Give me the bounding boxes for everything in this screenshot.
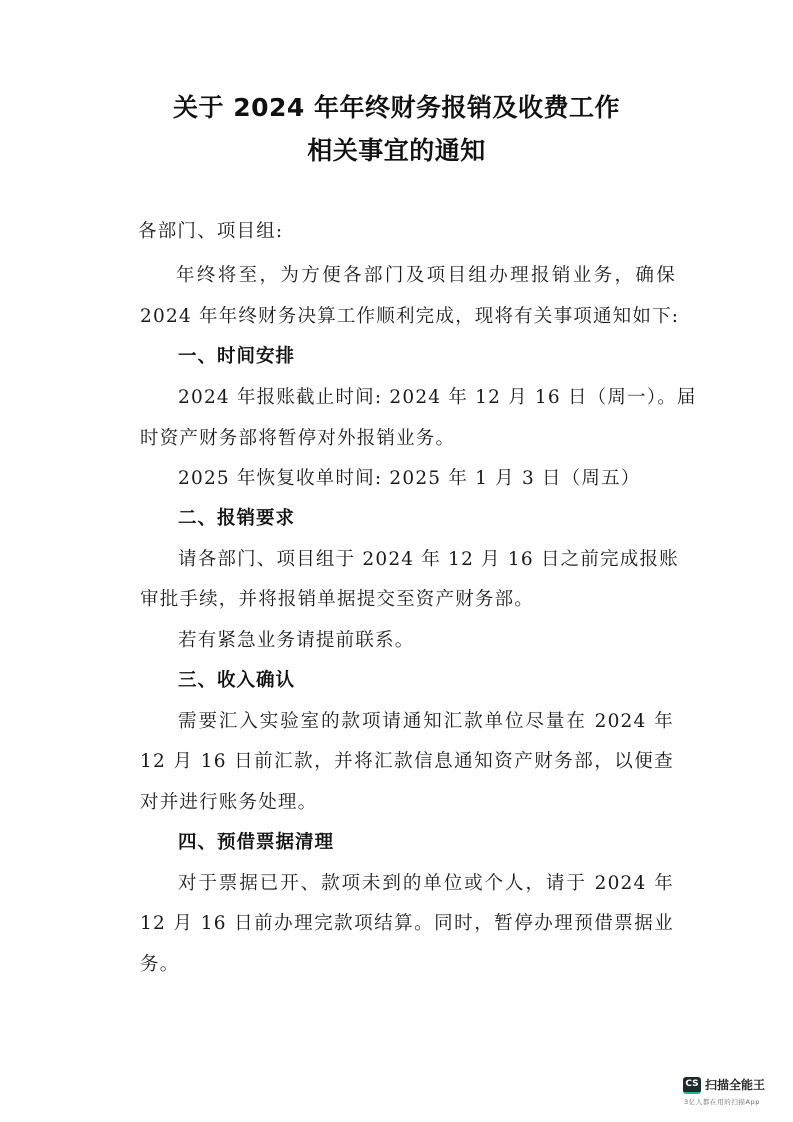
section-3-line-3: 对并进行账务处理。 — [140, 788, 317, 814]
section-heading-income: 三、收入确认 — [178, 666, 295, 692]
section-3-line-1: 需要汇入实验室的款项请通知汇款单位尽量在 2024 年 — [178, 707, 674, 733]
section-heading-invoice-cleanup: 四、预借票据清理 — [178, 828, 334, 854]
section-2-line-2: 审批手续，并将报销单据提交至资产财务部。 — [140, 585, 534, 611]
section-1-line-1: 2024 年报账截止时间: 2024 年 12 月 16 日（周一）。届 — [178, 383, 674, 409]
salutation: 各部门、项目组: — [138, 217, 283, 243]
section-1-line-3: 2025 年恢复收单时间: 2025 年 1 月 3 日（周五） — [178, 464, 641, 490]
section-4-line-3: 务。 — [140, 950, 179, 976]
section-heading-reimbursement: 二、报销要求 — [178, 504, 295, 530]
intro-paragraph-line-1: 年终将至，为方便各部门及项目组办理报销业务，确保 — [176, 261, 676, 287]
section-4-line-1: 对于票据已开、款项未到的单位或个人，请于 2024 年 — [178, 869, 674, 895]
document-title-line-2: 相关事宜的通知 — [0, 131, 793, 167]
section-3-line-2: 12 月 16 日前汇款，并将汇款信息通知资产财务部，以便查 — [140, 747, 674, 773]
section-heading-schedule: 一、时间安排 — [178, 342, 295, 368]
document-title-line-1: 关于 2024 年年终财务报销及收费工作 — [0, 88, 793, 124]
section-4-line-2: 12 月 16 日前办理完款项结算。同时，暂停办理预借票据业 — [140, 909, 674, 935]
section-1-line-2: 时资产财务部将暂停对外报销业务。 — [140, 424, 455, 450]
watermark-app-name: 扫描全能王 — [705, 1076, 765, 1093]
section-2-line-1: 请各部门、项目组于 2024 年 12 月 16 日之前完成报账 — [178, 545, 674, 571]
intro-paragraph-line-2: 2024 年年终财务决算工作顺利完成，现将有关事项通知如下: — [140, 302, 678, 328]
document-page: 关于 2024 年年终财务报销及收费工作 相关事宜的通知 各部门、项目组: 年终… — [0, 0, 793, 1122]
scanner-watermark: CS 扫描全能王 3亿人都在用的扫描App — [683, 1077, 787, 1113]
section-2-line-3: 若有紧急业务请提前联系。 — [178, 626, 414, 652]
watermark-tagline: 3亿人都在用的扫描App — [684, 1097, 760, 1106]
camscanner-logo-icon: CS — [683, 1077, 701, 1094]
